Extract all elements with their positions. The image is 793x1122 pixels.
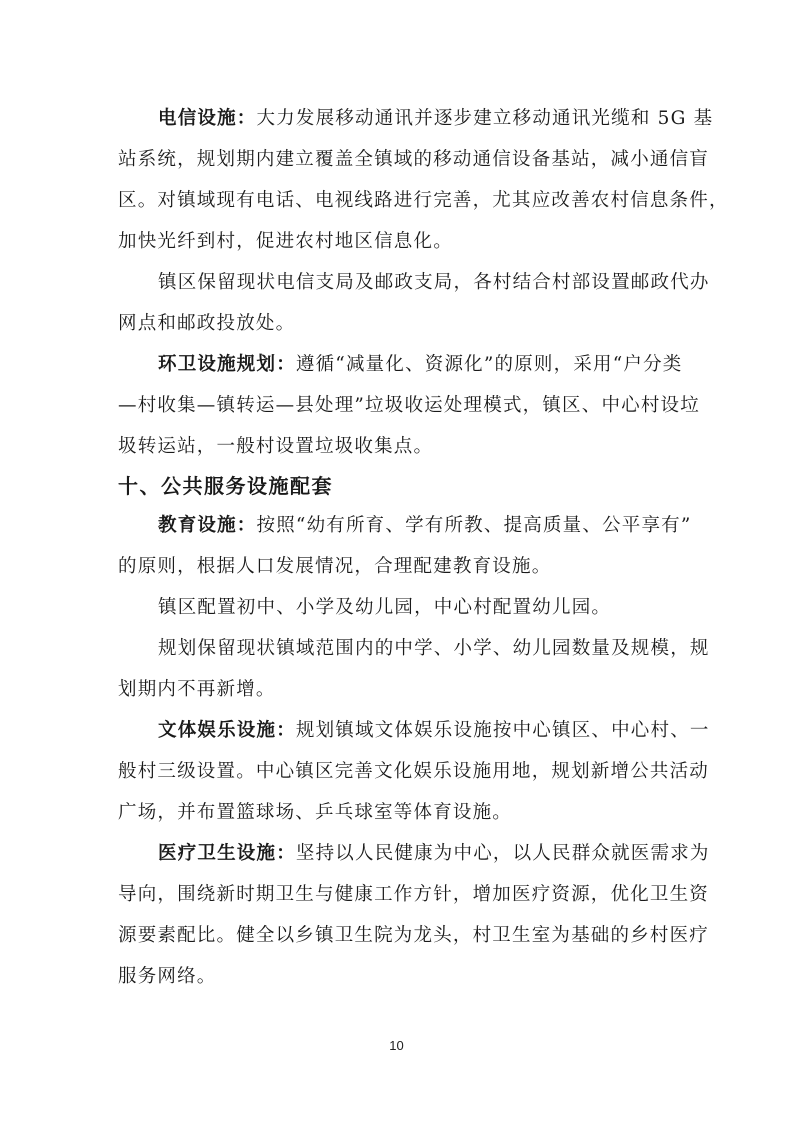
- text-line: 的原则，根据人口发展情况，合理配建教育设施。: [118, 546, 678, 587]
- paragraph-telecom: 电信设施：大力发展移动通讯并逐步建立移动通讯光缆和 5G 基 站系统，规划期内建…: [118, 98, 678, 262]
- section-heading: 十、公共服务设施配套: [118, 467, 678, 505]
- text-line: 导向，围绕新时期卫生与健康工作方针，增加医疗资源，优化卫生资: [118, 874, 678, 915]
- document-page: 电信设施：大力发展移动通讯并逐步建立移动通讯光缆和 5G 基 站系统，规划期内建…: [118, 98, 678, 997]
- paragraph-postal: 镇区保留现状电信支局及邮政支局，各村结合村部设置邮政代办 网点和邮政投放处。: [118, 262, 678, 344]
- text-line: 规划保留现状镇域范围内的中学、小学、幼儿园数量及规模，规: [118, 628, 678, 669]
- term-label: 环卫设施规划：: [158, 354, 296, 375]
- text-line: 般村三级设置。中心镇区完善文化娱乐设施用地，规划新增公共活动: [118, 751, 678, 792]
- text-line: 加快光纤到村，促进农村地区信息化。: [118, 221, 678, 262]
- text-line: 教育设施：按照“幼有所育、学有所教、提高质量、公平享有”: [118, 505, 678, 546]
- text-line: 站系统，规划期内建立覆盖全镇域的移动通信设备基站，减小通信盲: [118, 139, 678, 180]
- text-line: 源要素配比。健全以乡镇卫生院为龙头，村卫生室为基础的乡村医疗: [118, 915, 678, 956]
- text-line: 文体娱乐设施：规划镇域文体娱乐设施按中心镇区、中心村、一: [118, 710, 678, 751]
- text-line: 区。对镇域现有电话、电视线路进行完善，尤其应改善农村信息条件，: [118, 180, 678, 221]
- page-number: 10: [0, 1038, 793, 1053]
- text-line: 圾转运站，一般村设置垃圾收集点。: [118, 426, 678, 467]
- term-label: 文体娱乐设施：: [158, 720, 296, 741]
- term-label: 电信设施：: [158, 108, 257, 129]
- text-line: 镇区保留现状电信支局及邮政支局，各村结合村部设置邮政代办: [118, 262, 678, 303]
- paragraph-education-config: 镇区配置初中、小学及幼儿园，中心村配置幼儿园。: [118, 587, 678, 628]
- paragraph-culture: 文体娱乐设施：规划镇域文体娱乐设施按中心镇区、中心村、一 般村三级设置。中心镇区…: [118, 710, 678, 833]
- term-label: 教育设施：: [158, 515, 257, 536]
- paragraph-medical: 医疗卫生设施：坚持以人民健康为中心，以人民群众就医需求为 导向，围绕新时期卫生与…: [118, 833, 678, 997]
- text-line: 电信设施：大力发展移动通讯并逐步建立移动通讯光缆和 5G 基: [118, 98, 678, 139]
- text-line: 服务网络。: [118, 956, 678, 997]
- term-label: 医疗卫生设施：: [158, 843, 296, 864]
- paragraph-sanitation: 环卫设施规划：遵循“减量化、资源化”的原则，采用“户分类 —村收集—镇转运—县处…: [118, 344, 678, 467]
- text-line: —村收集—镇转运—县处理”垃圾收运处理模式，镇区、中心村设垃: [118, 385, 678, 426]
- text-line: 医疗卫生设施：坚持以人民健康为中心，以人民群众就医需求为: [118, 833, 678, 874]
- text-line: 环卫设施规划：遵循“减量化、资源化”的原则，采用“户分类: [118, 344, 678, 385]
- text-line: 划期内不再新增。: [118, 669, 678, 710]
- text-line: 镇区配置初中、小学及幼儿园，中心村配置幼儿园。: [118, 587, 678, 628]
- paragraph-education: 教育设施：按照“幼有所育、学有所教、提高质量、公平享有” 的原则，根据人口发展情…: [118, 505, 678, 587]
- text-line: 广场，并布置篮球场、乒乓球室等体育设施。: [118, 792, 678, 833]
- paragraph-education-keep: 规划保留现状镇域范围内的中学、小学、幼儿园数量及规模，规 划期内不再新增。: [118, 628, 678, 710]
- text-line: 网点和邮政投放处。: [118, 303, 678, 344]
